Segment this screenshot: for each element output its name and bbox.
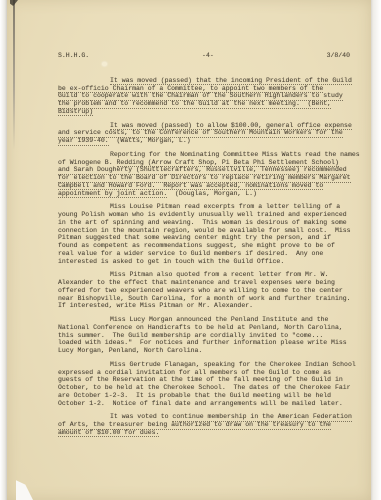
text-line: young Polish woman who is evidently unus… [58, 211, 350, 219]
text-line: Miss Lucy Morgan announced the Penland I… [58, 316, 350, 324]
text-line: guests of the Reservation at the time of… [58, 376, 350, 384]
text-segment: guests of the Reservation at the time of… [58, 376, 343, 383]
text-line: Miss Louise Pitman read excerpts from a … [58, 203, 350, 211]
org-code: S.H.H.G. [58, 52, 89, 60]
text-segment: interested is asked to get in touch with… [58, 258, 284, 265]
text-line: year 1939-40. (Watts, Morgan, L.) [58, 137, 350, 145]
paragraph: Miss Gertrude Flanagan, speaking for the… [58, 361, 350, 408]
text-segment: Alexander to the effect that maintenance… [58, 279, 335, 286]
pencil-underlined-text: year 1939-40. [58, 137, 109, 146]
text-segment: October 1-2. Notice of final date and ar… [58, 400, 343, 407]
text-segment: loaded with ideas." For notices and furt… [58, 339, 347, 346]
text-line: If interested, write Miss Pitman or Mr. … [58, 302, 350, 310]
scanned-minutes-page: { "colors": { "paper": "#eadebb", "ink":… [0, 0, 381, 500]
text-line: It was moved (passed) that the incoming … [58, 77, 350, 85]
pencil-underlined-text: the problem and to recommend to the Guil… [58, 100, 331, 109]
pencil-underlined-text: It was moved (passed) that the incoming … [110, 77, 352, 86]
text-segment: offered for two experienced weavers who … [58, 287, 343, 294]
text-line: are October 1-2-3. It is probable that t… [58, 392, 350, 400]
minutes-body: It was moved (passed) that the incoming … [58, 77, 350, 437]
text-segment: (Watts, Morgan, L.) [109, 137, 191, 144]
text-line: found as competent as recommendations su… [58, 242, 350, 250]
text-segment: Miss Lucy Morgan announced the Penland I… [110, 316, 328, 323]
text-segment: If interested, write Miss Pitman or Mr. … [58, 302, 253, 309]
text-segment: of Winogene B. [58, 159, 117, 166]
text-line: loaded with ideas." For notices and furt… [58, 339, 350, 347]
text-line: the problem and to recommend to the Guil… [58, 100, 350, 108]
text-segment: found as competent as recommendations su… [58, 242, 335, 249]
page-number: -4- [202, 52, 214, 60]
text-segment: Miss Louise Pitman read excerpts from a … [110, 203, 340, 210]
text-line: It was voted to continue membership in t… [58, 413, 350, 421]
doc-date: 3/8/40 [327, 52, 350, 60]
pencil-underlined-text: appointment by joint action. [58, 190, 167, 199]
text-segment: Miss Gertrude Flanagan, speaking for the… [110, 361, 356, 368]
typewritten-content: S.H.H.G. -4- 3/8/40 It was moved (passed… [58, 52, 350, 443]
paragraph: Miss Pitman also quoted from a recent le… [58, 271, 350, 310]
text-line: and Sarah Dougherty (Shuttlecrafters, Ru… [58, 166, 350, 174]
text-line: Pitman suggested that some weaving cente… [58, 234, 350, 242]
text-segment: It was voted to [110, 413, 172, 420]
text-line: of Arts, the treasurer being authorized … [58, 421, 350, 429]
page-header: S.H.H.G. -4- 3/8/40 [58, 52, 350, 60]
scanner-background-right [371, 0, 381, 500]
text-line: real value for a wider service to Guild … [58, 250, 350, 258]
text-line: Reporting for the Nominating Committee M… [58, 151, 350, 159]
text-segment: October, to be held at the Cherokee Scho… [58, 384, 351, 391]
text-segment: in the art of spinning and weaving. This… [58, 219, 347, 226]
text-line: Campbell and Howard Ford. Report was acc… [58, 182, 350, 190]
paper-left-edge-shadow [13, 0, 15, 150]
text-segment: real value for a wider service to Guild … [58, 250, 323, 257]
text-segment: connection in the mountain region, would… [58, 227, 351, 234]
paragraph: Miss Lucy Morgan announced the Penland I… [58, 316, 350, 355]
paper-torn-notch [16, 478, 33, 500]
text-segment: Pitman suggested that some weaving cente… [58, 234, 331, 241]
text-line: in the art of spinning and weaving. This… [58, 219, 350, 227]
text-line: October, to be held at the Cherokee Scho… [58, 384, 350, 392]
text-segment: Miss Pitman also quoted from a recent le… [110, 271, 328, 278]
paragraph: It was moved (passed) that the incoming … [58, 77, 350, 116]
pencil-underlined-text: amount of $10.00 for dues. [58, 429, 159, 438]
paragraph: Miss Louise Pitman read excerpts from a … [58, 203, 350, 265]
text-line: Lucy Morgan, Penland, North Carolina. [58, 347, 350, 355]
scanner-background-left [0, 0, 7, 500]
text-segment: young Polish woman who is evidently unus… [58, 211, 347, 218]
text-segment: this summer. The Guild membership are co… [58, 332, 323, 339]
paragraph: It was moved (passed) to allow $100.00, … [58, 122, 350, 145]
text-line: October 1-2. Notice of final date and ar… [58, 400, 350, 408]
paragraph: Reporting for the Nominating Committee M… [58, 151, 350, 198]
paragraph: It was voted to continue membership in t… [58, 413, 350, 436]
text-segment: near Bishopville, South Carolina, for a … [58, 295, 351, 302]
text-line: Alexander to the effect that maintenance… [58, 279, 350, 287]
text-segment: Reporting for the Nominating Committee M… [110, 151, 360, 158]
text-line: Miss Gertrude Flanagan, speaking for the… [58, 361, 350, 369]
text-line: appointment by joint action. (Douglas, M… [58, 190, 350, 198]
text-segment: (Douglas, Morgan, L.) [167, 190, 257, 197]
pencil-underlined-text: Bidstrup) [58, 108, 93, 117]
text-line: for election to the Board of Directors t… [58, 174, 350, 182]
text-line: Bidstrup) [58, 108, 350, 116]
text-line: National Conference on Handicrafts to be… [58, 324, 350, 332]
text-line: offered for two experienced weavers who … [58, 287, 350, 295]
text-line: Guild to cooperate with the Chairman of … [58, 92, 350, 100]
text-segment: are October 1-2-3. It is probable that t… [58, 392, 331, 399]
text-segment: Lucy Morgan, Penland, North Carolina. [58, 347, 202, 354]
text-line: amount of $10.00 for dues. [58, 429, 350, 437]
text-line: interested is asked to get in touch with… [58, 258, 350, 266]
text-line: and service costs, to the Conference of … [58, 129, 350, 137]
text-segment: National Conference on Handicrafts to be… [58, 324, 343, 331]
text-line: Miss Pitman also quoted from a recent le… [58, 271, 350, 279]
text-segment: expressed a cordial invitation for all m… [58, 369, 331, 376]
